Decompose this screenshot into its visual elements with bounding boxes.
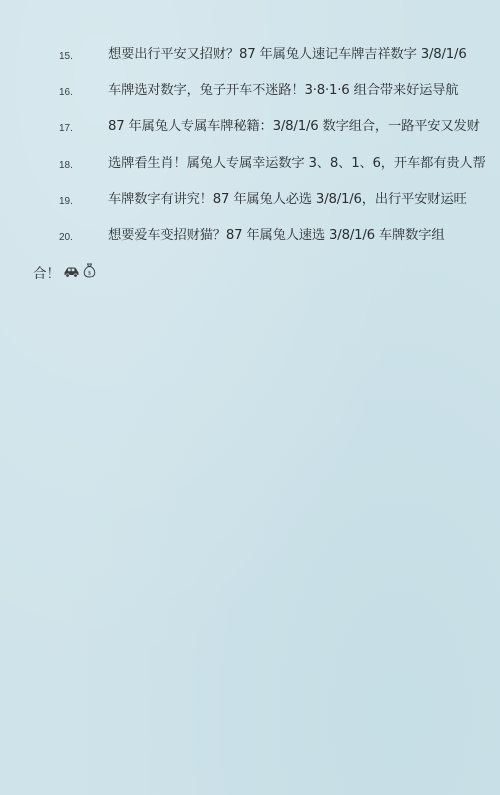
list-item: 20. 想要爱车变招财猫？87 年属兔人速选 3/8/1/6 车牌数字组: [0, 226, 500, 262]
continuation-text: 合！: [33, 264, 60, 284]
list-item-text: 想要爱车变招财猫？87 年属兔人速选 3/8/1/6 车牌数字组: [108, 226, 444, 246]
list-item: 16. 车牌选对数字，兔子开车不迷路！3·8·1·6 组合带来好运导航: [0, 81, 500, 117]
list-item-number: 20.: [59, 228, 73, 248]
list-item-number: 16.: [59, 83, 73, 103]
list-item-text: 想要出行平安又招财？87 年属兔人速记车牌吉祥数字 3/8/1/6: [108, 45, 467, 65]
car-icon: [63, 264, 80, 284]
list-item-text: 车牌数字有讲究！87 年属兔人必选 3/8/1/6，出行平安财运旺: [108, 190, 467, 210]
list-item-number: 18.: [59, 156, 73, 176]
list-item-number: 19.: [59, 192, 73, 212]
list-item-number: 15.: [59, 47, 73, 67]
list-item-number: 17.: [59, 119, 73, 139]
list-item-continuation: 合！ $: [33, 263, 96, 284]
list-item: 19. 车牌数字有讲究！87 年属兔人必选 3/8/1/6，出行平安财运旺: [0, 190, 500, 226]
list-item: 17. 87 年属兔人专属车牌秘籍：3/8/1/6 数字组合，一路平安又发财: [0, 117, 500, 153]
list-item-text: 选牌看生肖！属兔人专属幸运数字 3、8、1、6，开车都有贵人帮: [108, 154, 486, 174]
list-item: 15. 想要出行平安又招财？87 年属兔人速记车牌吉祥数字 3/8/1/6: [0, 45, 500, 81]
list-item-text: 87 年属兔人专属车牌秘籍：3/8/1/6 数字组合，一路平安又发财: [108, 117, 480, 137]
list-item: 18. 选牌看生肖！属兔人专属幸运数字 3、8、1、6，开车都有贵人帮: [0, 154, 500, 190]
numbered-list: 15. 想要出行平安又招财？87 年属兔人速记车牌吉祥数字 3/8/1/6 16…: [0, 45, 500, 262]
document-page: 15. 想要出行平安又招财？87 年属兔人速记车牌吉祥数字 3/8/1/6 16…: [0, 0, 500, 795]
list-item-text: 车牌选对数字，兔子开车不迷路！3·8·1·6 组合带来好运导航: [108, 81, 458, 101]
money-bag-icon: $: [83, 263, 96, 284]
svg-text:$: $: [88, 271, 92, 277]
